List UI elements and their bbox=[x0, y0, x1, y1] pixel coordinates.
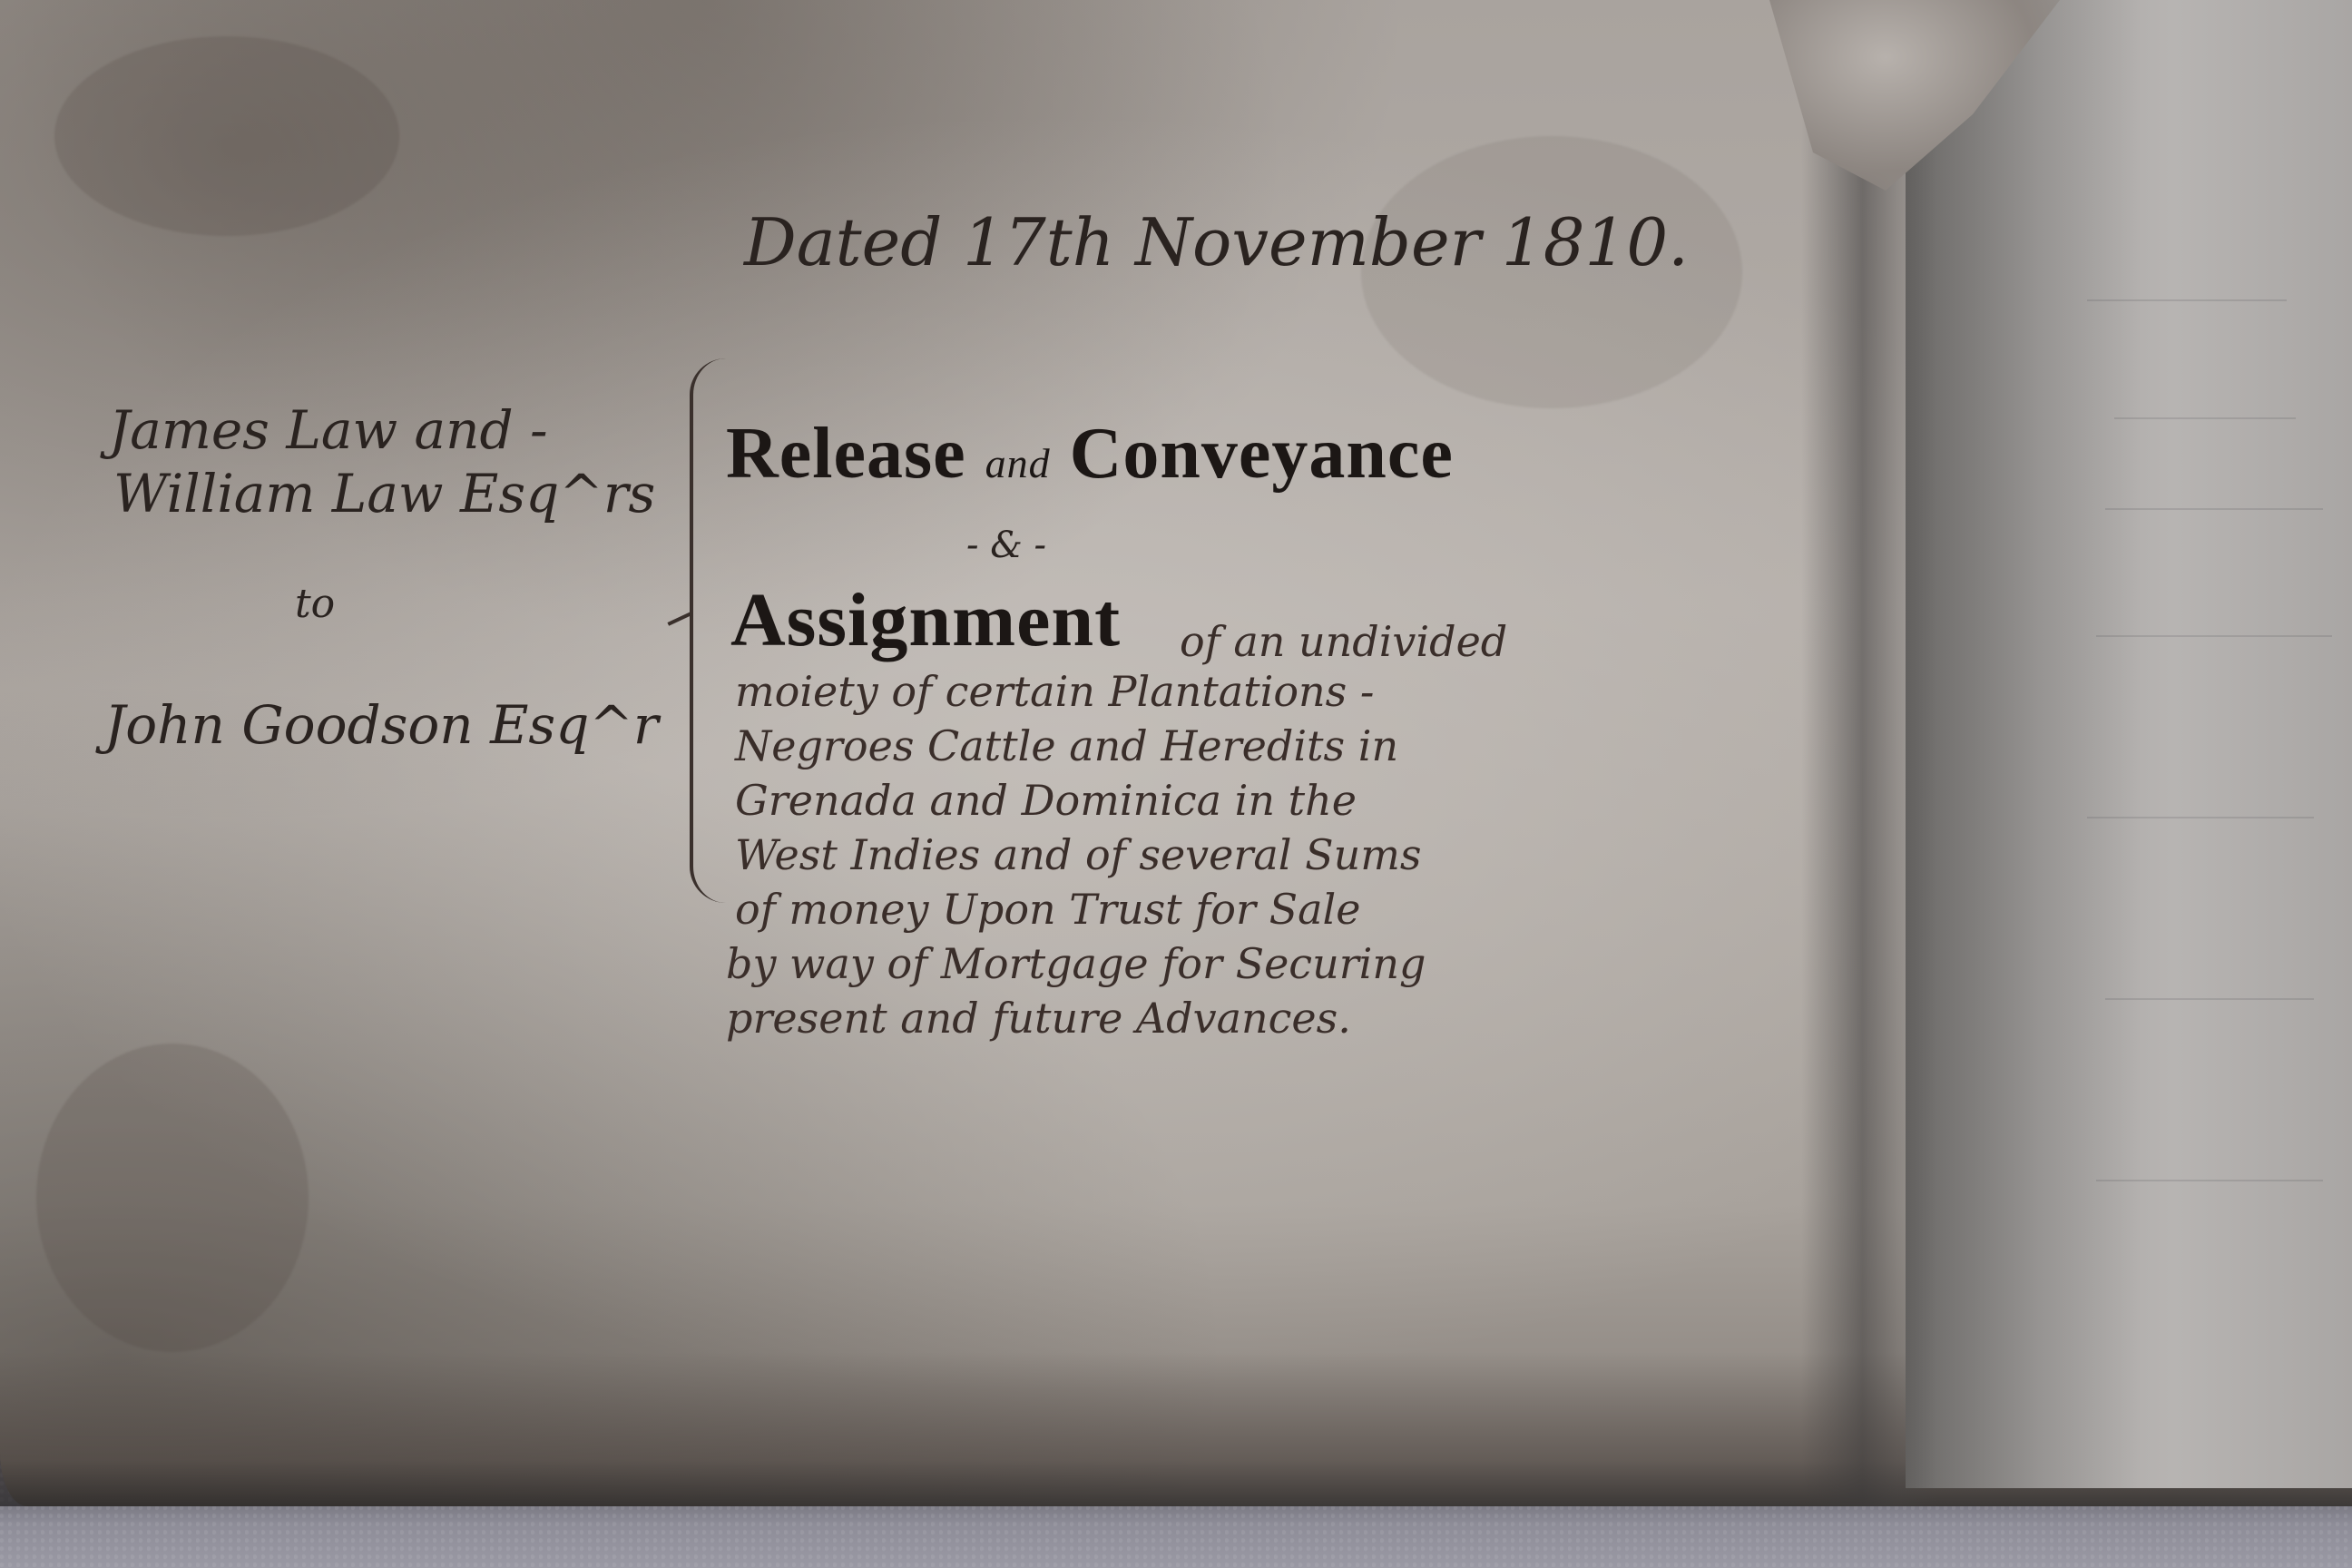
description-line: moiety of certain Plantations - bbox=[735, 667, 1374, 716]
bleed-through-text bbox=[2087, 299, 2287, 301]
description-line: Negroes Cattle and Heredits in bbox=[735, 721, 1398, 770]
title-conveyance: Conveyance bbox=[1070, 414, 1454, 494]
grantors-line-1: James Law and - bbox=[109, 399, 548, 461]
date-line: Dated 17th November 1810. bbox=[744, 204, 1689, 280]
folded-right-page bbox=[1906, 0, 2352, 1488]
description-line: by way of Mortgage for Securing bbox=[726, 939, 1426, 988]
curly-brace bbox=[690, 358, 730, 903]
bleed-through-text bbox=[2114, 417, 2296, 419]
title-release: Release bbox=[726, 414, 966, 494]
grantee: John Goodson Esq^r bbox=[104, 694, 659, 756]
description-line: Grenada and Dominica in the bbox=[735, 776, 1357, 825]
description-line: of money Upon Trust for Sale bbox=[735, 885, 1360, 934]
center-fold bbox=[1801, 0, 1937, 1506]
stain bbox=[36, 1044, 309, 1352]
description-line: of an undivided bbox=[1180, 617, 1507, 666]
bleed-through-text bbox=[2087, 817, 2314, 818]
bleed-through-text bbox=[2105, 998, 2314, 1000]
title-assignment: Assignment bbox=[730, 576, 1121, 664]
bleed-through-text bbox=[2105, 508, 2323, 510]
parties-connector: to bbox=[295, 581, 335, 627]
deed-title-line-1: Release and Conveyance bbox=[726, 413, 1454, 495]
grantors-line-2: William Law Esq^rs bbox=[113, 463, 655, 524]
stain bbox=[54, 36, 399, 236]
bleed-through-text bbox=[2096, 1180, 2323, 1181]
fold-shade bbox=[1906, 0, 2141, 1488]
description-line: West Indies and of several Sums bbox=[735, 830, 1421, 879]
title-ampersand: - & - bbox=[966, 524, 1046, 566]
title-and: and bbox=[985, 440, 1051, 486]
description-line: present and future Advances. bbox=[726, 994, 1351, 1043]
bleed-through-text bbox=[2096, 635, 2332, 637]
